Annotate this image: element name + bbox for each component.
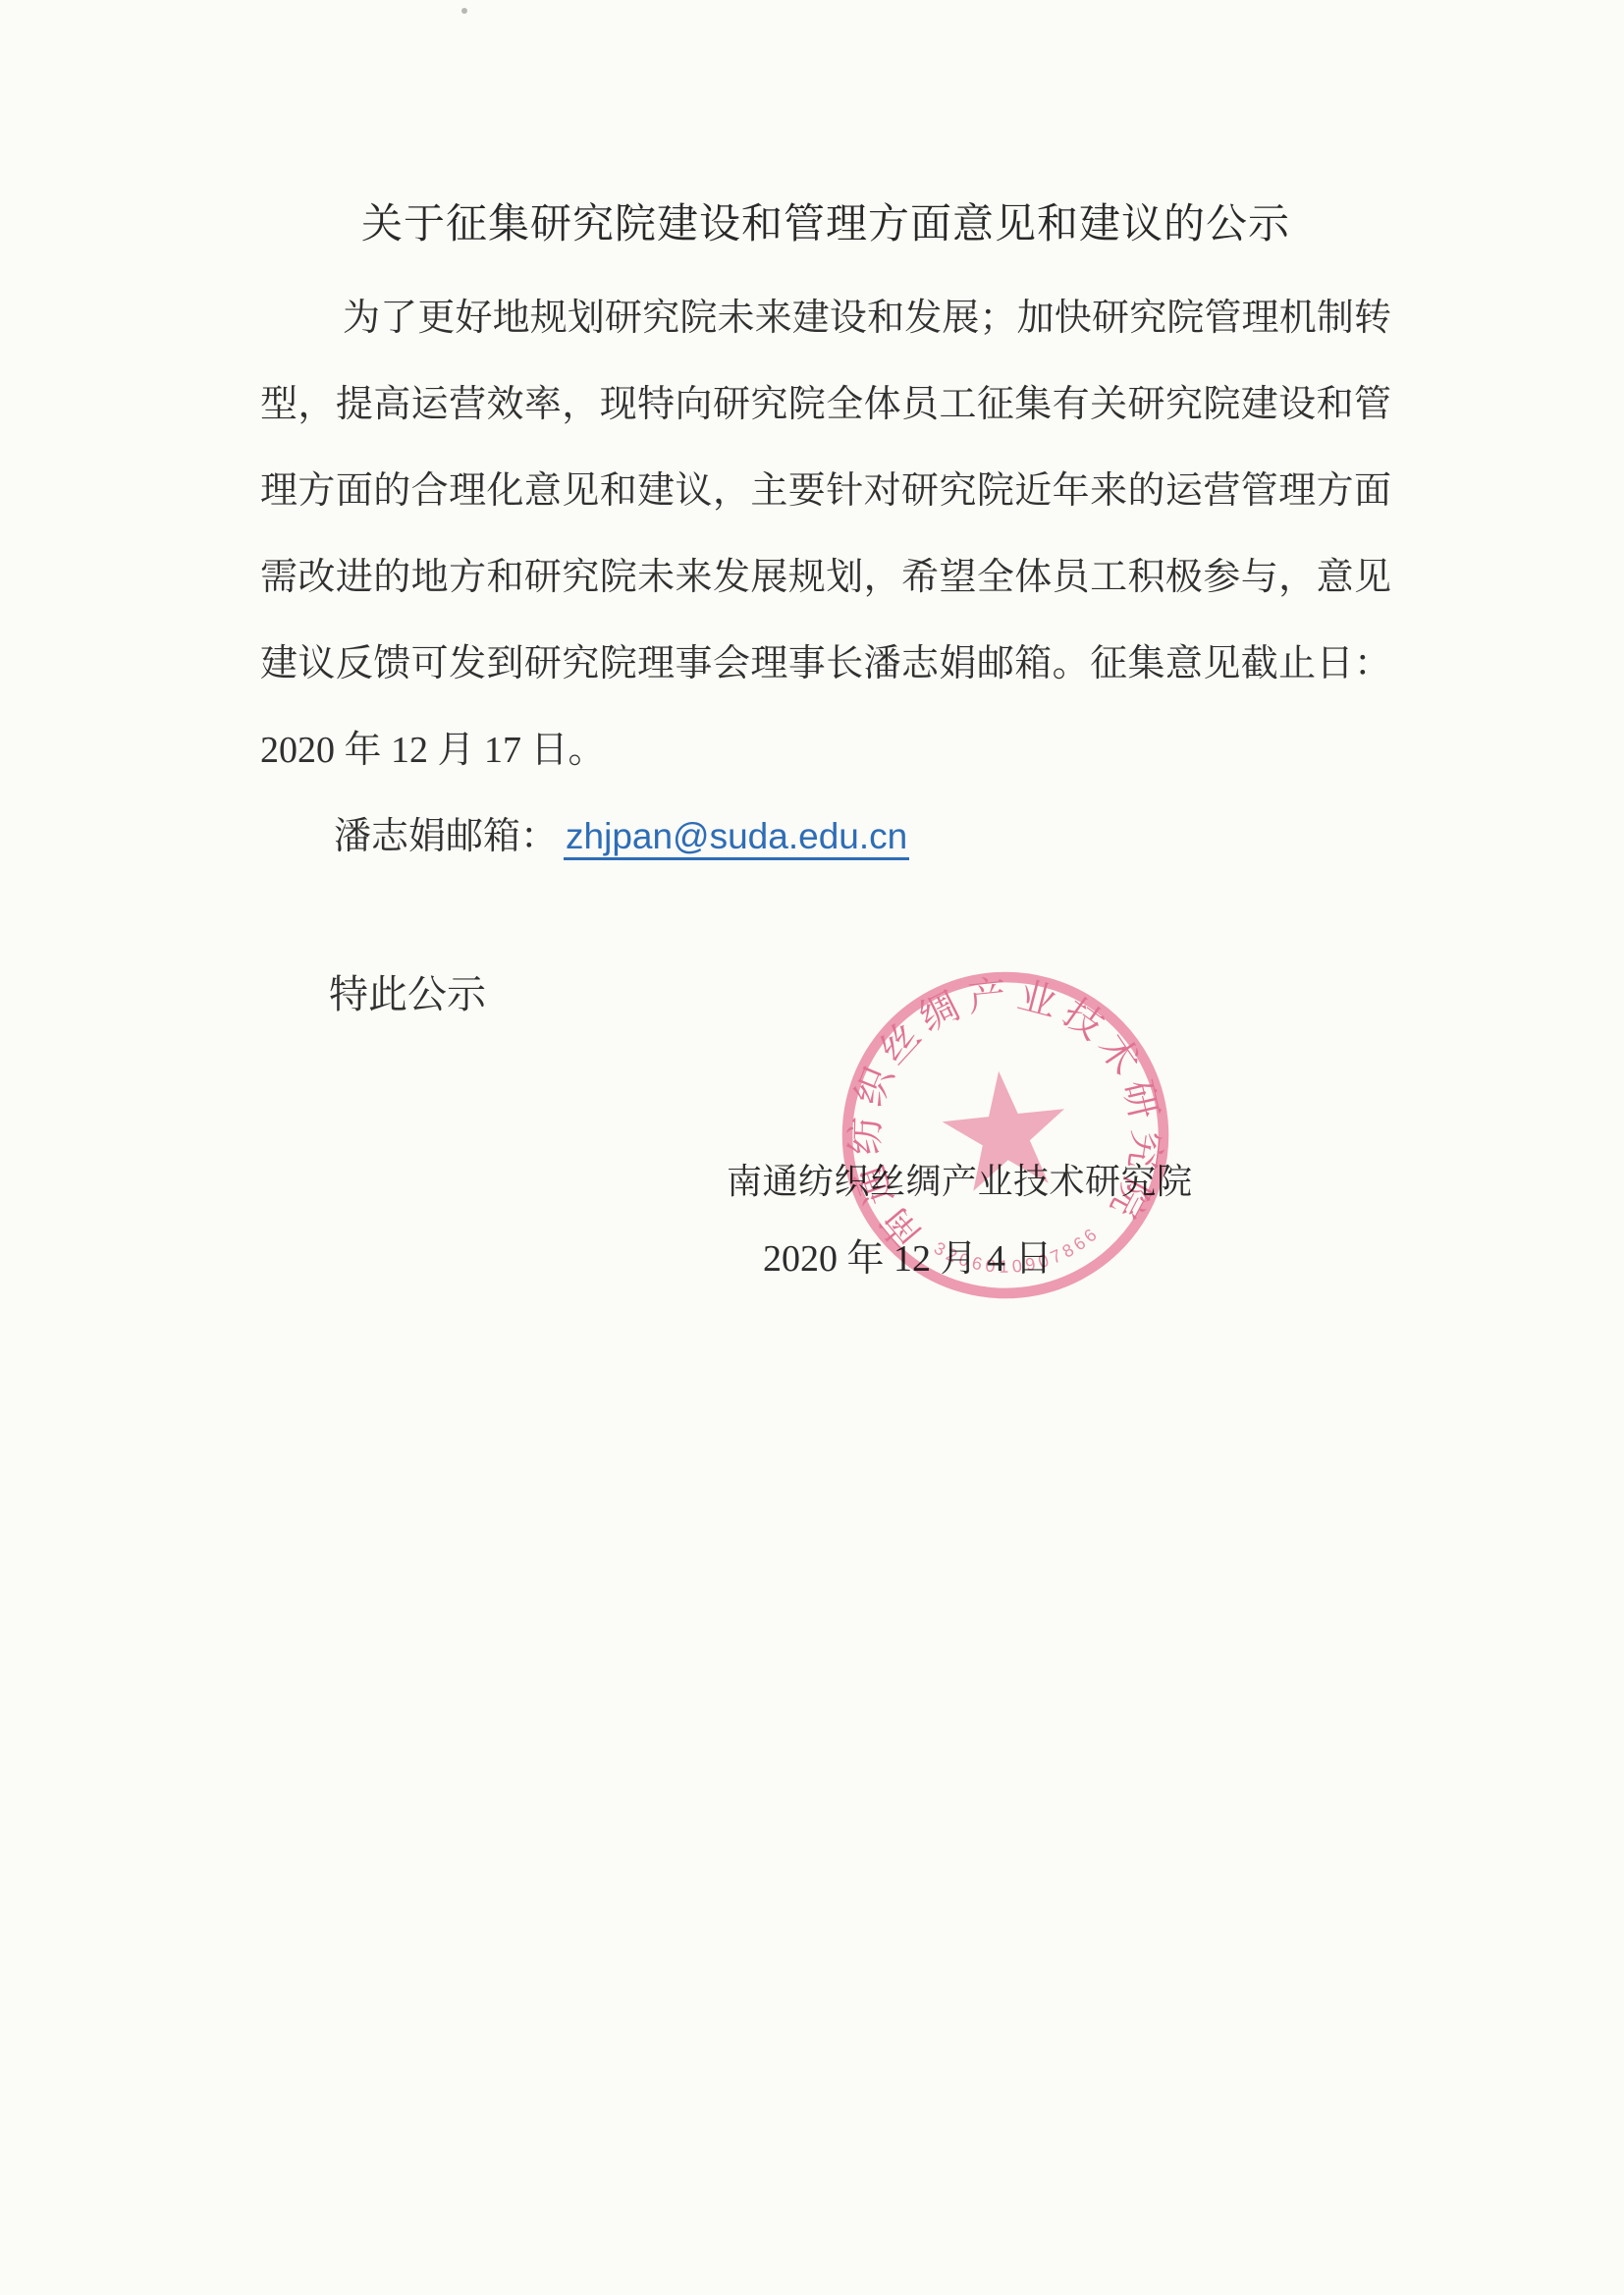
issuer-name: 南通纺织丝绸产业技术研究院 [727, 1138, 1193, 1225]
body-line: 理方面的合理化意见和建议，主要针对研究院近年来的运营管理方面 [260, 448, 1391, 534]
body-line-deadline: 2020 年 12 月 17 日。 [260, 707, 1391, 793]
email-label: 潘志娟邮箱： [334, 816, 558, 857]
email-row: 潘志娟邮箱：zhjpan@suda.edu.cn [334, 793, 909, 880]
notice-title: 关于征集研究院建设和管理方面意见和建议的公示 [246, 200, 1405, 249]
scan-artifact-dot [461, 8, 467, 14]
body-line: 需改进的地方和研究院未来发展规划，希望全体员工积极参与，意见 [260, 534, 1391, 621]
email-link[interactable]: zhjpan@suda.edu.cn [564, 816, 909, 860]
issue-date: 2020 年 12 月 4 日 [763, 1216, 1053, 1302]
scanned-notice-page: 关于征集研究院建设和管理方面意见和建议的公示 为了更好地规划研究院未来建设和发展… [0, 0, 1624, 2295]
body-line: 型，提高运营效率，现特向研究院全体员工征集有关研究院建设和管 [260, 361, 1391, 448]
body-line: 为了更好地规划研究院未来建设和发展；加快研究院管理机制转 [260, 275, 1391, 361]
body-line: 建议反馈可发到研究院理事会理事长潘志娟邮箱。征集意见截止日： [260, 621, 1391, 707]
closing-statement: 特此公示 [329, 952, 486, 1038]
notice-body: 为了更好地规划研究院未来建设和发展；加快研究院管理机制转 型，提高运营效率，现特… [260, 275, 1391, 793]
